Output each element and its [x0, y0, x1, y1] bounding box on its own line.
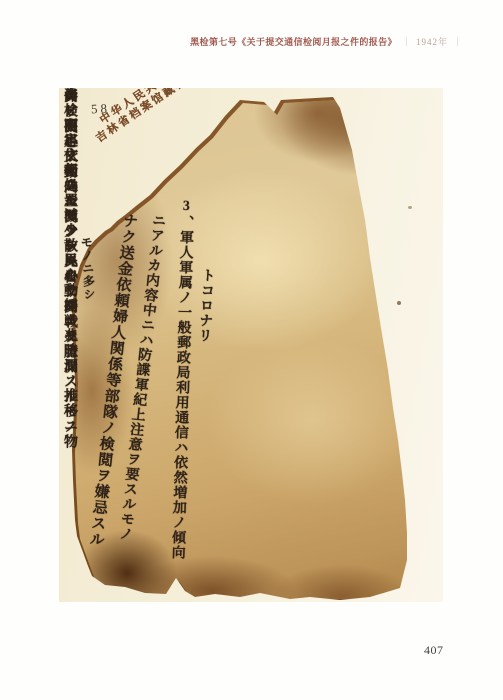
- text-column: モノニ多シ: [78, 236, 98, 302]
- document-year: 1942年: [416, 37, 448, 48]
- book-header: 黑检第七号《关于提交通信检阅月报之件的报告》 ｜ 1942年 ｜: [190, 37, 462, 48]
- document-title: 黑检第七号《关于提交通信检阅月报之件的报告》: [190, 37, 397, 48]
- header-separator: ｜: [402, 37, 411, 48]
- archive-sheet-number: 58: [91, 101, 111, 118]
- paper-speck: [408, 206, 412, 209]
- paper-speck: [397, 301, 401, 305]
- header-separator: ｜: [453, 37, 462, 48]
- book-page-number: 407: [424, 643, 444, 658]
- text-column: トコロナリ: [193, 267, 217, 343]
- scanned-page: 58 トコロナリ 3、軍人軍属ノ一般郵政局利用通信ハ依然増加ノ傾向 ニアルカ内容…: [59, 88, 443, 602]
- text-column: 尚検閲ニ依リ処置セラレタルモノナシ: [59, 88, 79, 343]
